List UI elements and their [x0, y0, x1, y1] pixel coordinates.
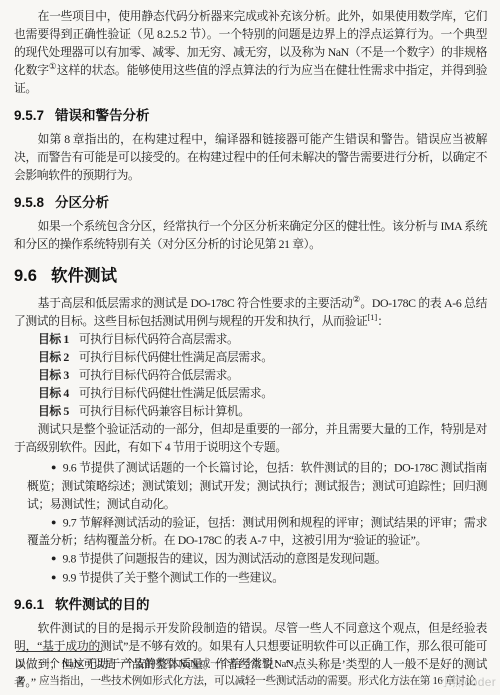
footnote-block: ①一个 NaN 可以是一个安静类型 NaN 或一个信号类型 NaN。 ②应当指出…	[14, 651, 487, 690]
heading-number: 9.5.7	[14, 108, 44, 123]
objectives-list: 目标 1可执行目标代码符合高层需求。 目标 2可执行目标代码健壮性满足高层需求。…	[14, 330, 487, 420]
objective-label: 目标 2	[38, 350, 69, 364]
objective-label: 目标 3	[38, 368, 69, 382]
citation-ref-1: [1]	[367, 312, 377, 322]
objective-label: 目标 5	[38, 404, 69, 418]
heading-title: 软件测试	[51, 267, 117, 285]
list-item-text: 9.8 节提供了问题报告的建议，因为测试活动的意图是发现问题。	[62, 552, 386, 566]
objective-text: 可执行目标代码兼容目标计算机。	[79, 404, 250, 418]
book-page: 在一些项目中，使用静态代码分析器来完成或补充该分析。此外，如果使用数学库，它们也…	[0, 0, 500, 695]
paragraph-text: ：	[377, 314, 388, 328]
objective-text: 可执行目标代码符合高层需求。	[79, 332, 239, 346]
heading-9-6-1: 9.6.1软件测试的目的	[14, 595, 487, 615]
bullet-icon: ●	[51, 572, 56, 582]
list-item-9-7: ●9.7 节解释测试活动的验证，包括：测试用例和规程的评审；测试结果的评审；需求…	[14, 513, 487, 550]
heading-title: 错误和警告分析	[55, 108, 150, 123]
list-item-text: 9.7 节解释测试活动的验证，包括：测试用例和规程的评审；测试结果的评审；需求覆…	[27, 515, 487, 547]
list-item-text: 9.9 节提供了关于整个测试工作的一些建议。	[62, 570, 283, 584]
footnote-marker-1: ①	[16, 657, 26, 674]
list-item-text: 9.6 节提供了测试话题的一个长篇讨论，包括：软件测试的目的；DO-178C 测…	[27, 461, 487, 511]
objective-row-5: 目标 5可执行目标代码兼容目标计算机。	[14, 402, 487, 420]
objective-row-2: 目标 2可执行目标代码健壮性满足高层需求。	[14, 348, 487, 366]
watermark: 小熊coder	[440, 673, 496, 691]
objective-text: 可执行目标代码健壮性满足高层需求。	[79, 350, 273, 364]
list-item-9-9: ●9.9 节提供了关于整个测试工作的一些建议。	[14, 568, 487, 587]
heading-number: 9.6	[14, 267, 37, 285]
footnote-divider	[16, 651, 102, 652]
heading-9-5-7: 9.5.7错误和警告分析	[14, 106, 487, 126]
section-overview-list: ●9.6 节提供了测试话题的一个长篇讨论，包括：软件测试的目的；DO-178C …	[14, 458, 487, 586]
footnote-text: 一个 NaN 可以是一个安静类型 NaN 或一个信号类型 NaN。	[39, 659, 304, 670]
list-item-9-6: ●9.6 节提供了测试话题的一个长篇讨论，包括：软件测试的目的；DO-178C …	[14, 458, 487, 513]
objective-label: 目标 1	[38, 332, 69, 346]
paragraph-static-analysis: 在一些项目中，使用静态代码分析器来完成或补充该分析。此外，如果使用数学库，它们也…	[14, 7, 487, 97]
bullet-icon: ●	[51, 553, 56, 563]
heading-9-5-8: 9.5.8分区分析	[14, 193, 487, 213]
bullet-icon: ●	[51, 517, 57, 527]
objective-text: 可执行目标代码健壮性满足低层需求。	[79, 386, 273, 400]
paragraph-error-warning: 如第 8 章指出的，在构建过程中，编译器和链接器可能产生错误和警告。错误应当被解…	[14, 130, 487, 184]
footnote-1: ①一个 NaN 可以是一个安静类型 NaN 或一个信号类型 NaN。	[14, 657, 487, 674]
list-item-9-8: ●9.8 节提供了问题报告的建议，因为测试活动的意图是发现问题。	[14, 549, 487, 568]
heading-title: 软件测试的目的	[55, 597, 150, 612]
bullet-icon: ●	[51, 462, 57, 472]
paragraph-testing-effort: 测试只是整个验证活动的一部分，但却是重要的一部分，并且需要大量的工作，特别是对于…	[14, 420, 487, 456]
heading-number: 9.5.8	[14, 195, 44, 210]
objective-text: 可执行目标代码符合低层需求。	[79, 368, 239, 382]
heading-number: 9.6.1	[14, 597, 44, 612]
paragraph-text: 这样的状态。能够使用这些值的浮点算法的行为应当在健壮性需求中指定，并得到验证。	[14, 63, 487, 95]
objective-row-3: 目标 3可执行目标代码符合低层需求。	[14, 366, 487, 384]
heading-9-6: 9.6软件测试	[14, 264, 487, 288]
objective-label: 目标 4	[38, 386, 69, 400]
objective-row-4: 目标 4可执行目标代码健壮性满足低层需求。	[14, 384, 487, 402]
objective-row-1: 目标 1可执行目标代码符合高层需求。	[14, 330, 487, 348]
footnote-ref-1-icon: ①	[49, 61, 57, 71]
paragraph-testing-intro: 基于高层和低层需求的测试是 DO-178C 符合性要求的主要活动②。DO-178…	[14, 294, 487, 330]
heading-title: 分区分析	[55, 195, 109, 210]
footnote-2: ②应当指出，一些技术例如形式化方法，可以减轻一些测试活动的需要。形式化方法在第 …	[14, 674, 487, 691]
footnote-text: 应当指出，一些技术例如形式化方法，可以减轻一些测试活动的需要。形式化方法在第 1…	[39, 676, 476, 687]
paragraph-text: 基于高层和低层需求的测试是 DO-178C 符合性要求的主要活动	[38, 296, 353, 310]
footnote-marker-2: ②	[16, 674, 26, 691]
paragraph-partition-analysis: 如果一个系统包含分区，经常执行一个分区分析来确定分区的健壮性。该分析与 IMA …	[14, 217, 487, 253]
